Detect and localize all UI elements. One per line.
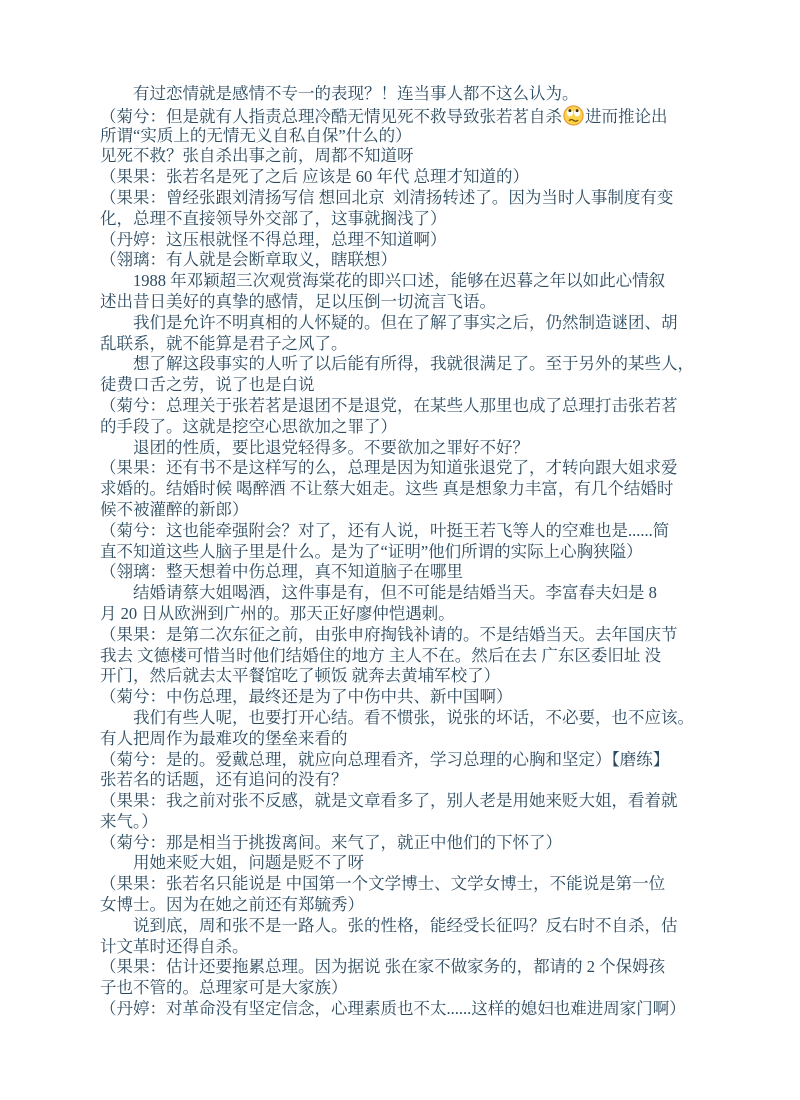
text-line: （丹婷：这压根就怪不得总理，总理不知道啊）	[100, 230, 700, 251]
text-line: 月 20 日从欧洲到广州的。那天正好廖仲恺遇刺。	[100, 604, 700, 625]
text-line: （丹婷：对革命没有坚定信念，心理素质也不太......这样的媳妇也难进周家门啊）	[100, 999, 700, 1020]
text-line: （果果：是第二次东征之前，由张申府掏钱补请的。不是结婚当天。去年国庆节	[100, 625, 700, 646]
text-line: 所谓“实质上的无情无义自私自保”什么的）	[100, 126, 700, 147]
text-line: （菊兮：这也能牵强附会？对了，还有人说，叶挺王若飞等人的空难也是......简	[100, 521, 700, 542]
text-line: 开门，然后就去太平餐馆吃了顿饭 就奔去黄埔军校了）	[100, 666, 700, 687]
text-line: 乱联系，就不能算是君子之风了。	[100, 334, 700, 355]
text-line: 直不知道这些人脑子里是什么。是为了“证明”他们所谓的实际上心胸狭隘）	[100, 542, 700, 563]
text-line: 候不被灌醉的新郎）	[100, 500, 700, 521]
text-line: 想了解这段事实的人听了以后能有所得，我就很满足了。至于另外的某些人，	[100, 354, 700, 375]
text-line: 结婚请蔡大姐喝酒，这件事是有，但不可能是结婚当天。李富春夫妇是 8	[100, 583, 700, 604]
text-line: 用她来贬大姐，问题是贬不了呀	[100, 853, 700, 874]
text-line: 说到底，周和张不是一路人。张的性格，能经受长征吗？反右时不自杀，估	[100, 916, 700, 937]
text-segment: 进而推论出	[585, 107, 668, 126]
document-body: 有过恋情就是感情不专一的表现？！连当事人都不这么认为。（菊兮：但是就有人指责总理…	[100, 84, 700, 1020]
text-line: 求婚的。结婚时候 喝醉酒 不让蔡大姐走。这些 真是想象力丰富，有几个结婚时	[100, 479, 700, 500]
text-line: 徒费口舌之劳，说了也是白说	[100, 375, 700, 396]
text-line: 我们是允许不明真相的人怀疑的。但在了解了事实之后，仍然制造谜团、胡	[100, 313, 700, 334]
text-line: （果果：我之前对张不反感，就是文章看多了，别人老是用她来贬大姐，看着就	[100, 791, 700, 812]
text-line: （菊兮：是的。爱戴总理，就应向总理看齐，学习总理的心胸和坚定）【磨练】	[100, 750, 700, 771]
text-line: （果果：张若名只能说是 中国第一个文学博士、文学女博士，不能说是第一位	[100, 874, 700, 895]
text-line: （翎璃：整天想着中伤总理，真不知道脑子在哪里	[100, 562, 700, 583]
text-line: 退团的性质，要比退党轻得多。不要欲加之罪好不好？	[100, 438, 700, 459]
text-line: 子也不管的。总理家可是大家族）	[100, 978, 700, 999]
rolling-eyes-emoji	[563, 105, 584, 126]
text-line: 女博士。因为在她之前还有郑毓秀）	[100, 895, 700, 916]
text-line: 我去 文德楼可惜当时他们结婚住的地方 主人不在。然后在去 广东区委旧址 没	[100, 646, 700, 667]
text-line: 见死不救？张自杀出事之前，周都不知道呀	[100, 146, 700, 167]
text-line: （果果：还有书不是这样写的么，总理是因为知道张退党了，才转向跟大姐求爱	[100, 458, 700, 479]
text-line: （翎璃：有人就是会断章取义，瞎联想）	[100, 250, 700, 271]
text-line: （果果：曾经张跟刘清扬写信 想回北京 刘清扬转述了。因为当时人事制度有变	[100, 188, 700, 209]
text-line: 有过恋情就是感情不专一的表现？！连当事人都不这么认为。	[100, 84, 700, 105]
text-line: （菊兮：但是就有人指责总理冷酷无情见死不救导致张若茗自杀进而推论出	[100, 105, 700, 126]
text-line: （果果：张若名是死了之后 应该是 60 年代 总理才知道的）	[100, 167, 700, 188]
text-line: 的手段了。这就是挖空心思欲加之罪了）	[100, 417, 700, 438]
text-line: 有人把周作为最难攻的堡垒来看的	[100, 729, 700, 750]
text-line: 述出昔日美好的真挚的感情，足以压倒一切流言飞语。	[100, 292, 700, 313]
text-line: 1988 年邓颖超三次观赏海棠花的即兴口述，能够在迟暮之年以如此心情叙	[100, 271, 700, 292]
text-line: 张若名的话题，还有追问的没有？	[100, 770, 700, 791]
text-line: 来气。）	[100, 812, 700, 833]
text-segment: （菊兮：但是就有人指责总理冷酷无情见死不救导致张若茗自杀	[100, 107, 562, 126]
text-line: （菊兮：总理关于张若茗是退团不是退党，在某些人那里也成了总理打击张若茗	[100, 396, 700, 417]
text-line: 我们有些人呢，也要打开心结。看不惯张，说张的坏话，不必要，也不应该。	[100, 708, 700, 729]
text-line: （菊兮：中伤总理，最终还是为了中伤中共、新中国啊）	[100, 687, 700, 708]
text-line: 化，总理不直接领导外交部了，这事就搁浅了）	[100, 209, 700, 230]
text-line: 计文革时还得自杀。	[100, 937, 700, 958]
text-line: （果果：估计还要拖累总理。因为据说 张在家不做家务的，都请的 2 个保姆孩	[100, 957, 700, 978]
text-line: （菊兮：那是相当于挑拨离间。来气了，就正中他们的下怀了）	[100, 833, 700, 854]
